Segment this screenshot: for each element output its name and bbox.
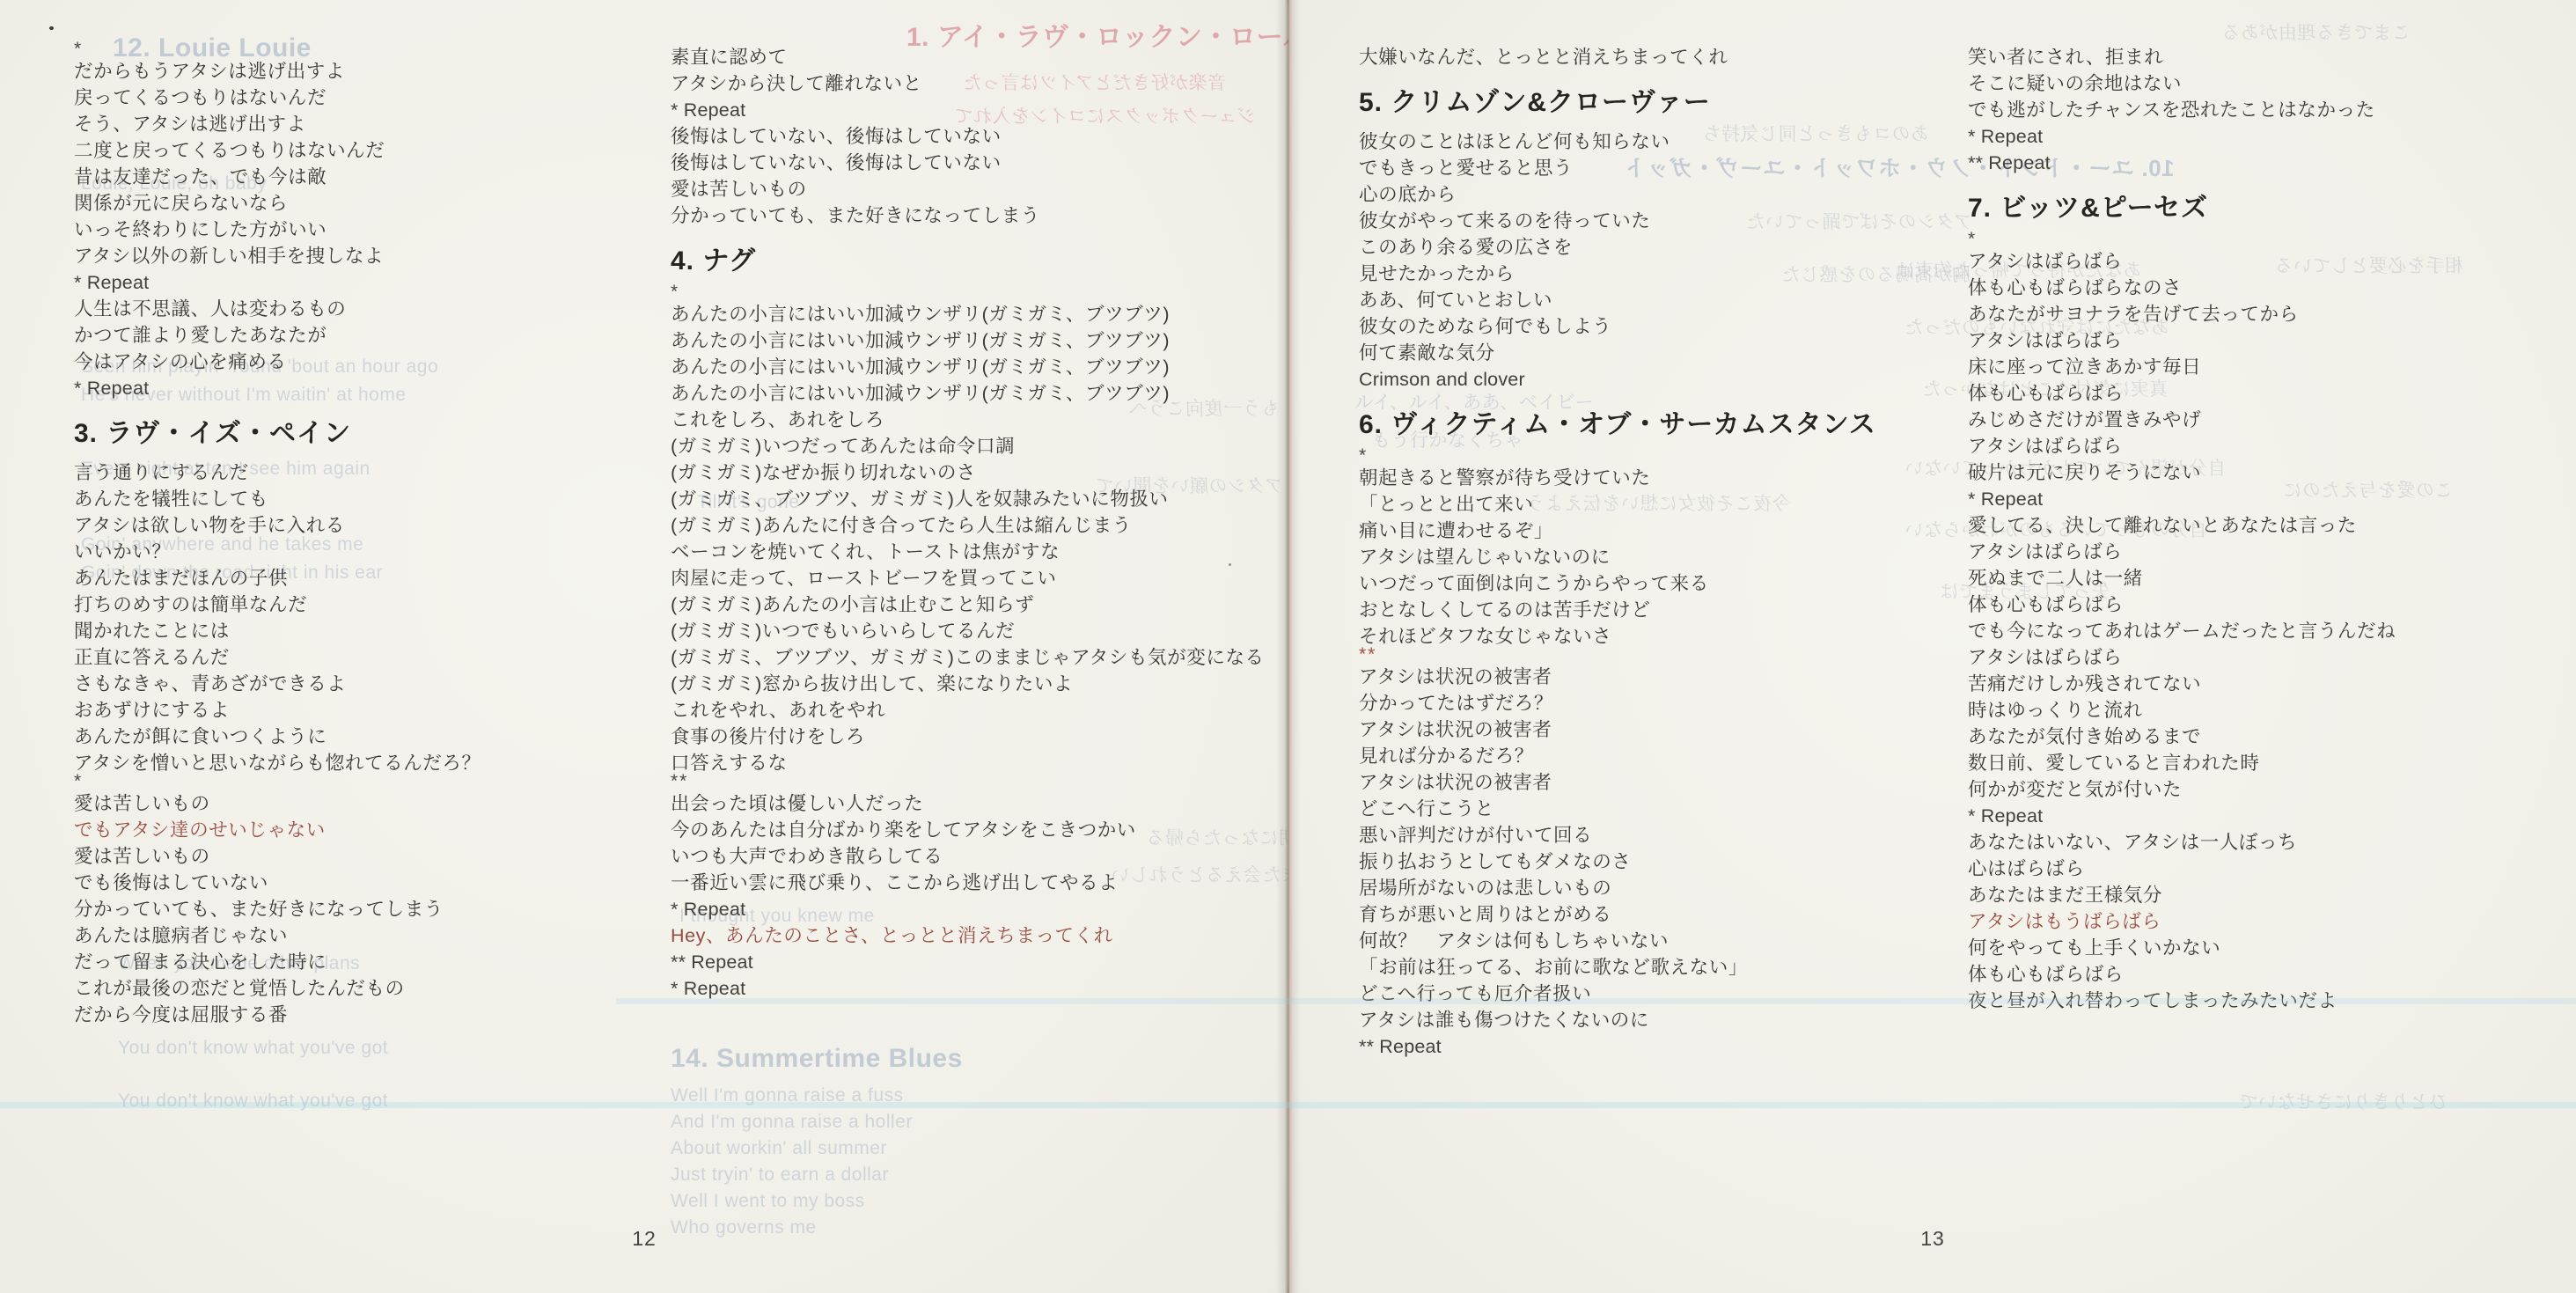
lyric-line: 言う通りにするんだ <box>74 459 481 486</box>
lyric-line: 居場所がないのは悲しいもの <box>1359 875 1876 901</box>
lyric-line: 体も心もばらばら <box>1968 380 2396 407</box>
bleedthrough-text: About workin' all summer <box>671 1137 887 1160</box>
lyric-line: * Repeat <box>671 97 1265 123</box>
page-number: 13 <box>1906 1227 1959 1251</box>
lyric-line: * Repeat <box>671 896 1265 922</box>
bleedthrough-text: Well I'm gonna raise a fuss <box>671 1084 904 1107</box>
lyric-line: このあり余る愛の広さを <box>1359 234 1876 261</box>
lyrics-column: 笑い者にされ、拒まれそこに疑いの余地はないでも逃がしたチャンスを恐れたことはなか… <box>1968 44 2396 1014</box>
lyric-line: 昔は友達だった、でも今は敵 <box>74 164 481 190</box>
lyric-line: 一番近い雲に飛び乗り、ここから逃げ出してやるよ <box>671 870 1265 896</box>
lyric-line: 正直に答えるんだ <box>74 644 481 671</box>
lyric-line: (ガミガミ)窓から抜け出して、楽になりたいよ <box>671 671 1265 697</box>
lyric-line: 後悔はしていない、後悔はしていない <box>671 150 1265 176</box>
lyric-line: Hey、あんたのことさ、とっとと消えちまってくれ <box>671 922 1265 949</box>
lyric-line: 聞かれたことには <box>74 618 481 644</box>
lyric-line: 後悔はしていない、後悔はしていない <box>671 123 1265 150</box>
lyric-line: ベーコンを焼いてくれ、トーストは焦がすな <box>671 539 1265 565</box>
lyric-line: 苦痛だけしか残されてない <box>1968 671 2396 697</box>
lyric-line: 数日前、愛していると言われた時 <box>1968 750 2396 776</box>
lyric-line: 振り払おうとしてもダメなのさ <box>1359 849 1876 875</box>
lyric-line: あんたの小言にはいい加減ウンザリ(ガミガミ、ブツブツ) <box>671 380 1265 407</box>
lyric-line: アタシは状況の被害者 <box>1359 769 1876 796</box>
stanza-marker: * <box>74 44 481 58</box>
lyric-line: あんたの小言にはいい加減ウンザリ(ガミガミ、ブツブツ) <box>671 301 1265 327</box>
lyric-line: だからもうアタシは逃げ出すよ <box>74 58 481 84</box>
song-title: 4. ナグ <box>671 245 1265 278</box>
lyric-line: アタシは望んじゃいないのに <box>1359 544 1876 570</box>
lyric-line: (ガミガミ)あんたに付き合ってたら人生は縮んじまう <box>671 512 1265 539</box>
lyric-line: あんたの小言にはいい加減ウンザリ(ガミガミ、ブツブツ) <box>671 354 1265 380</box>
lyric-line: 愛してる、決して離れないとあなたは言った <box>1968 512 2396 539</box>
lyric-line: アタシは状況の被害者 <box>1359 716 1876 743</box>
lyric-line: 体も心もばらばら <box>1968 591 2396 618</box>
lyric-line: 痛い目に遭わせるぞ」 <box>1359 518 1876 544</box>
lyric-line: いつも大声でわめき散らしてる <box>671 843 1265 870</box>
lyric-line: いっそ終わりにした方がいい <box>74 217 481 243</box>
lyric-line: 心はばらばら <box>1968 856 2396 882</box>
lyric-line: そこに疑いの余地はない <box>1968 70 2396 97</box>
lyric-line: 食事の後片付けをしろ <box>671 724 1265 750</box>
song-title: 3. ラヴ・イズ・ペイン <box>74 417 481 451</box>
lyric-line: だって留まる決心をした時に <box>74 949 481 975</box>
lyric-line: そう、アタシは逃げ出すよ <box>74 111 481 137</box>
song-title: 7. ビッツ&ピーセズ <box>1968 192 2396 225</box>
lyric-line: 悪い評判だけが付いて回る <box>1359 822 1876 849</box>
lyric-line: アタシはばらばら <box>1968 433 2396 459</box>
lyric-line: 今のあんたは自分ばかり楽をしてアタシをこきつかい <box>671 817 1265 843</box>
lyric-line: 素直に認めて <box>671 44 1265 70</box>
lyric-line: 笑い者にされ、拒まれ <box>1968 44 2396 70</box>
bleedthrough-text: Just tryin' to earn a dollar <box>671 1164 889 1186</box>
lyric-line: 夜と昼が入れ替わってしまったみたいだよ <box>1968 988 2396 1014</box>
bleedthrough-text: こまできる理由がある <box>2221 22 2411 45</box>
lyric-line: どこへ行っても厄介者扱い <box>1359 981 1876 1007</box>
lyric-line: (ガミガミ、ブツブツ、ガミガミ)人を奴隷みたいに物扱い <box>671 486 1265 512</box>
lyric-line: みじめさだけが置きみやげ <box>1968 407 2396 433</box>
lyric-line: ああ、何ていとおしい <box>1359 287 1876 313</box>
lyric-line: 見せたかったから <box>1359 261 1876 287</box>
lyric-line: あなたはまだ王様気分 <box>1968 882 2396 908</box>
page-gutter-shadow <box>1276 0 1301 1293</box>
lyric-line: でもアタシ達のせいじゃない <box>74 817 481 843</box>
lyric-line: 分かっていても、また好きになってしまう <box>74 896 481 922</box>
lyric-line: (ガミガミ)あんたの小言は止むこと知らず <box>671 591 1265 618</box>
stanza-marker: ** <box>671 776 1265 790</box>
lyric-line: これをやれ、あれをやれ <box>671 697 1265 724</box>
lyric-line: これをしろ、あれをしろ <box>671 407 1265 433</box>
lyric-line: 心の底から <box>1359 181 1876 208</box>
lyric-line: アタシはばらばら <box>1968 248 2396 275</box>
lyric-line: 打ちのめすのは簡単なんだ <box>74 591 481 618</box>
lyric-line: ** Repeat <box>671 949 1265 975</box>
lyric-line: 彼女のことはほとんど何も知らない <box>1359 129 1876 155</box>
lyric-line: 関係が元に戻らないなら <box>74 190 481 217</box>
lyric-line: (ガミガミ)いつだってあんたは命令口調 <box>671 433 1265 459</box>
lyric-line: * Repeat <box>1968 803 2396 829</box>
lyric-line: あんたは臆病者じゃない <box>74 922 481 949</box>
lyric-line: ** Repeat <box>1968 150 2396 176</box>
lyric-line: 破片は元に戻りそうにない <box>1968 459 2396 486</box>
lyric-line: * Repeat <box>74 375 481 401</box>
stanza-marker: * <box>74 776 481 790</box>
lyric-line: 時はゆっくりと流れ <box>1968 697 2396 724</box>
lyric-line: あなたはいない、アタシは一人ぼっち <box>1968 829 2396 856</box>
lyric-line: さもなきゃ、青あざができるよ <box>74 671 481 697</box>
lyric-line: いつだって面倒は向こうからやって来る <box>1359 570 1876 597</box>
booklet-page-right: 10. ユー・ドント・ノウ・ホワット・ユーヴ・ガットあのコもきっと同じ気持ちアタ… <box>1288 0 2576 1293</box>
lyric-line: 死ぬまで二人は一緒 <box>1968 565 2396 591</box>
lyric-line: おあずけにするよ <box>74 697 481 724</box>
lyric-line: 体も心もばらばらなのさ <box>1968 275 2396 301</box>
lyric-line: 出会った頃は優しい人だった <box>671 790 1265 817</box>
bleedthrough-text: ひとりきりにさせないで <box>2239 1091 2448 1114</box>
lyric-line: 人生は不思議、人は変わるもの <box>74 296 481 322</box>
booklet-spread: 12. Louie LouieLouie, Louie, oh babySeen… <box>0 0 2576 1293</box>
lyric-line: アタシを憎いと思いながらも惚れてるんだろ？ <box>74 750 481 776</box>
lyric-line: 何て素敵な気分 <box>1359 340 1876 366</box>
lyric-line: アタシは状況の被害者 <box>1359 664 1876 690</box>
lyric-line: 何かが変だと気が付いた <box>1968 776 2396 803</box>
lyric-line: 分かっていても、また好きになってしまう <box>671 202 1265 229</box>
lyric-line: ** Repeat <box>1359 1033 1876 1060</box>
bleedthrough-text: 14. Summertime Blues <box>671 1047 963 1070</box>
lyric-line: * Repeat <box>671 975 1265 1002</box>
lyrics-column: 素直に認めてアタシから決して離れないと* Repeat後悔はしていない、後悔はし… <box>671 44 1265 1002</box>
bleedthrough-text: You don't know what you've got <box>118 1090 388 1113</box>
lyric-line: Crimson and clover <box>1359 366 1876 393</box>
lyric-line: 二度と戻ってくるつもりはないんだ <box>74 137 481 164</box>
lyric-line: 口答えするな <box>671 750 1265 776</box>
lyric-line: それほどタフな女じゃないさ <box>1359 623 1876 650</box>
lyric-line: どこへ行こうと <box>1359 796 1876 822</box>
dust-speck <box>1229 563 1231 566</box>
stanza-marker: ** <box>1359 650 1876 664</box>
lyric-line: (ガミガミ、ブツブツ、ガミガミ)このままじゃアタシも気が変になる <box>671 644 1265 671</box>
lyrics-column: *だからもうアタシは逃げ出すよ戻ってくるつもりはないんだそう、アタシは逃げ出すよ… <box>74 44 481 1028</box>
lyric-line: 分かってたはずだろ？ <box>1359 690 1876 716</box>
lyric-line: あんたが餌に食いつくように <box>74 724 481 750</box>
lyric-line: あんたを犠牲にしても <box>74 486 481 512</box>
lyric-line: 愛は苦しいもの <box>671 176 1265 202</box>
lyric-line: * Repeat <box>74 269 481 296</box>
lyric-line: アタシ以外の新しい相手を捜しなよ <box>74 243 481 269</box>
lyric-line: あんたの小言にはいい加減ウンザリ(ガミガミ、ブツブツ) <box>671 327 1265 354</box>
lyric-line: 「お前は狂ってる、お前に歌など歌えない」 <box>1359 954 1876 981</box>
lyric-line: * Repeat <box>1968 123 2396 150</box>
lyric-line: 肉屋に走って、ローストビーフを買ってこい <box>671 565 1265 591</box>
booklet-page-left: 12. Louie LouieLouie, Louie, oh babySeen… <box>0 0 1288 1293</box>
bleedthrough-text: Who governs me <box>671 1216 817 1239</box>
lyric-line: アタシはもうばらばら <box>1968 908 2396 935</box>
lyric-line: 今はアタシの心を痛める <box>74 349 481 375</box>
lyric-line: 大嫌いなんだ、とっとと消えちまってくれ <box>1359 44 1876 70</box>
lyric-line: (ガミガミ)いつでもいらいらしてるんだ <box>671 618 1265 644</box>
lyric-line: でも逃がしたチャンスを恐れたことはなかった <box>1968 97 2396 123</box>
stanza-marker: * <box>671 287 1265 301</box>
lyric-line: でもきっと愛せると思う <box>1359 155 1876 181</box>
lyric-line: かつて誰より愛したあなたが <box>74 322 481 349</box>
lyric-line: 何故？ アタシは何もしちゃいない <box>1359 928 1876 954</box>
lyrics-column: 大嫌いなんだ、とっとと消えちまってくれ5. クリムゾン&クローヴァー彼女のことは… <box>1359 44 1876 1060</box>
lyric-line: 彼女のためなら何でもしよう <box>1359 313 1876 340</box>
lyric-line: 戻ってくるつもりはないんだ <box>74 84 481 111</box>
lyric-line: これが最後の恋だと覚悟したんだもの <box>74 975 481 1002</box>
stanza-marker: * <box>1359 451 1876 465</box>
bleedthrough-text: You don't know what you've got <box>118 1037 388 1060</box>
lyric-line: でも後悔はしていない <box>74 870 481 896</box>
lyric-line: アタシは欲しい物を手に入れる <box>74 512 481 539</box>
song-title: 6. ヴィクティム・オブ・サーカムスタンス <box>1359 408 1876 442</box>
lyric-line: だから今度は屈服する番 <box>74 1002 481 1028</box>
lyric-line: 朝起きると警察が待ち受けていた <box>1359 465 1876 491</box>
lyric-line: 彼女がやって来るのを待っていた <box>1359 208 1876 234</box>
lyric-line: あなたがサヨナラを告げて去ってから <box>1968 301 2396 327</box>
dust-speck <box>49 26 54 30</box>
lyric-line: いいかい？ <box>74 539 481 565</box>
lyric-line: アタシはばらばら <box>1968 327 2396 354</box>
lyric-line: でも今になってあれはゲームだったと言うんだね <box>1968 618 2396 644</box>
bleedthrough-text: Well I went to my boss <box>671 1190 865 1213</box>
lyric-line: アタシは誰も傷つけたくないのに <box>1359 1007 1876 1033</box>
lyric-line: 愛は苦しいもの <box>74 843 481 870</box>
lyric-line: あなたが気付き始めるまで <box>1968 724 2396 750</box>
song-title: 5. クリムゾン&クローヴァー <box>1359 86 1876 120</box>
lyric-line: * Repeat <box>1968 486 2396 512</box>
lyric-line: 育ちが悪いと周りはとがめる <box>1359 901 1876 928</box>
lyric-line: 体も心もばらばら <box>1968 961 2396 988</box>
lyric-line: アタシから決して離れないと <box>671 70 1265 97</box>
lyric-line: (ガミガミ)なぜか振り切れないのさ <box>671 459 1265 486</box>
stanza-marker: * <box>1968 234 2396 248</box>
lyric-line: 床に座って泣きあかす毎日 <box>1968 354 2396 380</box>
page-number: 12 <box>618 1227 671 1251</box>
lyric-line: 愛は苦しいもの <box>74 790 481 817</box>
bleedthrough-text: And I'm gonna raise a holler <box>671 1111 913 1134</box>
lyric-line: アタシはばらばら <box>1968 644 2396 671</box>
lyric-line: 見れば分かるだろ？ <box>1359 743 1876 769</box>
lyric-line: あんたはまだほんの子供 <box>74 565 481 591</box>
lyric-line: 「とっとと出て来い <box>1359 491 1876 518</box>
lyric-line: 何をやっても上手くいかない <box>1968 935 2396 961</box>
lyric-line: アタシはばらばら <box>1968 539 2396 565</box>
lyric-line: おとなしくしてるのは苦手だけど <box>1359 597 1876 623</box>
